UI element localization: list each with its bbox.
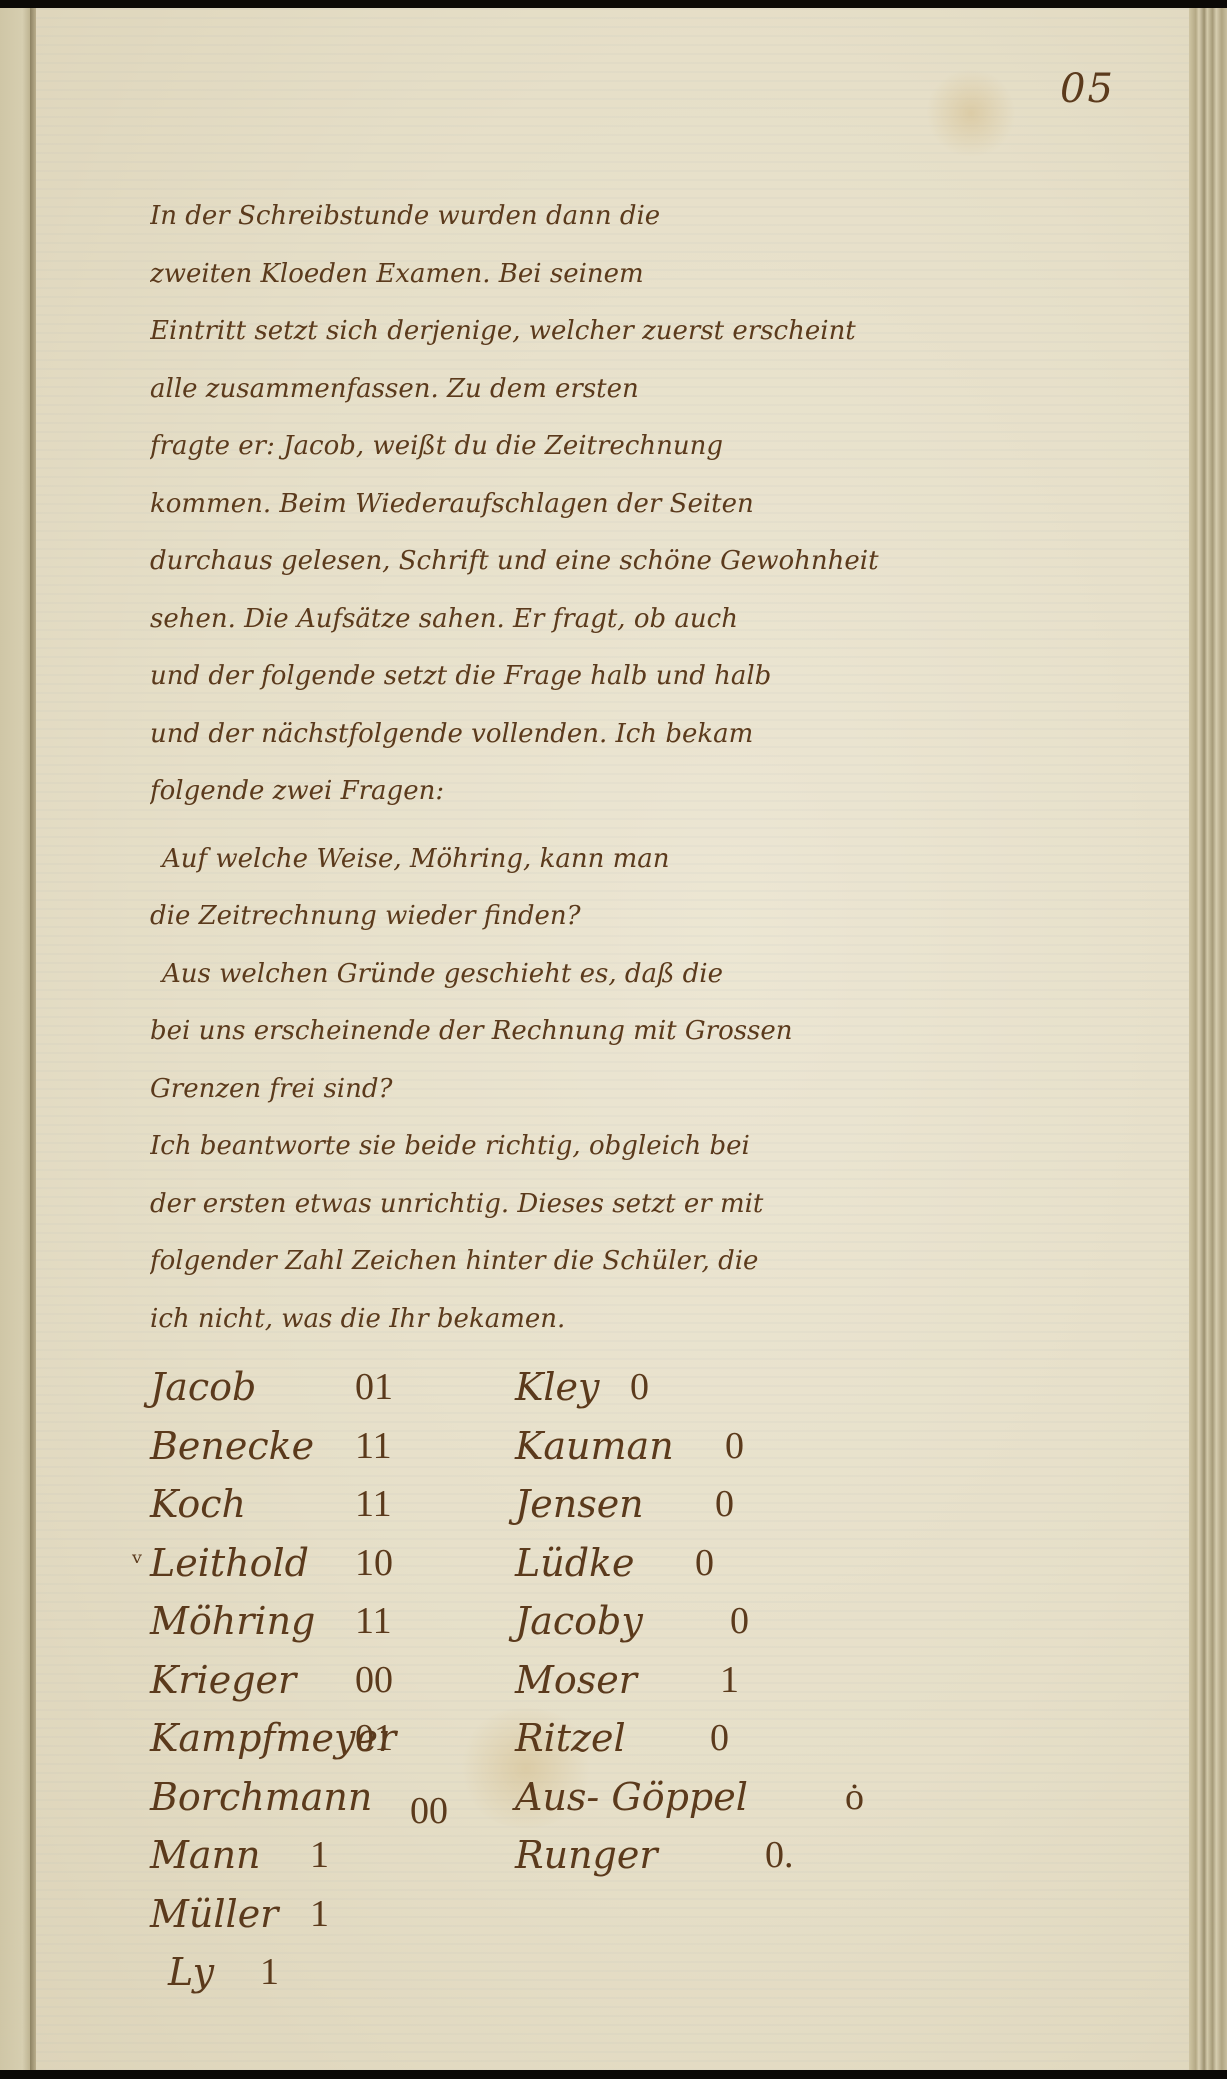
student-name: Koch — [150, 1475, 246, 1534]
prose-line: alle zusammenfassen. Zu dem ersten — [150, 361, 910, 419]
roster-entry: Ly1 — [150, 1943, 510, 2002]
question-line: Aus welchen Gründe geschieht es, daß die — [150, 946, 910, 1004]
student-name: Jacob — [150, 1358, 256, 1417]
page-edges — [1189, 8, 1227, 2070]
student-mark: 0 — [630, 1358, 649, 1417]
roster-entry: ᵛLeithold10 — [150, 1534, 510, 1593]
student-name: Leithold — [150, 1534, 309, 1593]
roster-entry: Mann1 — [150, 1826, 510, 1885]
roster-entry: Benecke11 — [150, 1417, 510, 1476]
roster-right-column: Kley0 Kauman0 Jensen0 Lüdke0 Jacoby0 Mos… — [515, 1358, 895, 1885]
prose-line: der ersten etwas unrichtig. Dieses setzt… — [150, 1176, 910, 1234]
student-name: Runger — [515, 1826, 658, 1885]
student-mark: 11 — [355, 1475, 392, 1534]
student-mark: 0 — [695, 1534, 714, 1593]
student-name: Müller — [150, 1885, 278, 1944]
student-name: Jacoby — [515, 1592, 643, 1651]
student-mark: 0 — [715, 1475, 734, 1534]
prose-line: zweiten Kloeden Examen. Bei seinem — [150, 246, 910, 304]
roster-entry: Jensen0 — [515, 1475, 895, 1534]
prose-line: Eintritt setzt sich derjenige, welcher z… — [150, 303, 910, 361]
student-mark: 11 — [355, 1592, 392, 1651]
student-mark: 01 — [355, 1709, 393, 1768]
roster-entry: Ritzel0 — [515, 1709, 895, 1768]
prose-line: und der nächstfolgende vollenden. Ich be… — [150, 706, 910, 764]
student-name: Benecke — [150, 1417, 314, 1476]
roster-entry: Kauman0 — [515, 1417, 895, 1476]
prose-line: folgender Zahl Zeichen hinter die Schüle… — [150, 1233, 910, 1291]
student-mark: 0 — [710, 1709, 729, 1768]
student-name: Krieger — [150, 1651, 296, 1710]
roster-entry: Kampfmeyer01 — [150, 1709, 510, 1768]
student-name: Kauman — [515, 1417, 674, 1476]
student-mark: 0 — [730, 1592, 749, 1651]
student-name: Ly — [150, 1943, 214, 2002]
student-name: Moser — [515, 1651, 637, 1710]
roster-entry: Müller1 — [150, 1885, 510, 1944]
prose-line: In der Schreibstunde wurden dann die — [150, 188, 910, 246]
student-mark: 1 — [720, 1651, 739, 1710]
student-mark: ȯ — [845, 1768, 864, 1827]
student-mark: 1 — [260, 1943, 279, 2002]
prose-line: sehen. Die Aufsätze sahen. Er fragt, ob … — [150, 591, 910, 649]
roster-entry: Aus- Göppelȯ — [515, 1768, 895, 1827]
prose-line: Ich beantworte sie beide richtig, obglei… — [150, 1118, 910, 1176]
prose-line: durchaus gelesen, Schrift und eine schön… — [150, 533, 910, 591]
prose-line: kommen. Beim Wiederaufschlagen der Seite… — [150, 476, 910, 534]
student-name: Aus- Göppel — [515, 1768, 748, 1827]
roster-entry: Runger0. — [515, 1826, 895, 1885]
roster-entry: Koch11 — [150, 1475, 510, 1534]
student-mark: 1 — [310, 1885, 329, 1944]
student-mark: 11 — [355, 1417, 392, 1476]
page-number: 05 — [1060, 66, 1115, 112]
prose-body: In der Schreibstunde wurden dann die zwe… — [150, 188, 910, 1348]
paper-stain — [926, 68, 1016, 158]
student-mark: 0. — [765, 1826, 794, 1885]
roster-left-column: Jacob01 Benecke11 Koch11 ᵛLeithold10 Möh… — [150, 1358, 510, 2002]
check-tick-icon: ᵛ — [132, 1534, 142, 1593]
roster-entry: Krieger00 — [150, 1651, 510, 1710]
student-mark: 00 — [355, 1651, 393, 1710]
roster-entry: Jacob01 — [150, 1358, 510, 1417]
question-line: Auf welche Weise, Möhring, kann man — [150, 831, 910, 889]
roster-entry: Borchmann00 — [150, 1768, 510, 1827]
facing-page-edge — [0, 8, 32, 2070]
student-name: Möhring — [150, 1592, 315, 1651]
student-name: Jensen — [515, 1475, 644, 1534]
prose-line: und der folgende setzt die Frage halb un… — [150, 648, 910, 706]
roster-entry: Moser1 — [515, 1651, 895, 1710]
prose-line: ich nicht, was die Ihr bekamen. — [150, 1291, 910, 1349]
student-name: Borchmann — [150, 1768, 372, 1827]
student-mark: 01 — [355, 1358, 393, 1417]
student-mark: 10 — [355, 1534, 393, 1593]
roster-entry: Kley0 — [515, 1358, 895, 1417]
student-mark: 0 — [725, 1417, 744, 1476]
scanned-page: 05 In der Schreibstunde wurden dann die … — [0, 8, 1227, 2070]
prose-line: fragte er: Jacob, weißt du die Zeitrechn… — [150, 418, 910, 476]
question-line: bei uns erscheinende der Rechnung mit Gr… — [150, 1003, 910, 1061]
question-line: Grenzen frei sind? — [150, 1061, 910, 1119]
roster-entry: Jacoby0 — [515, 1592, 895, 1651]
roster-entry: Möhring11 — [150, 1592, 510, 1651]
question-line: die Zeitrechnung wieder finden? — [150, 888, 910, 946]
student-name: Lüdke — [515, 1534, 635, 1593]
student-name: Ritzel — [515, 1709, 626, 1768]
student-name: Mann — [150, 1826, 261, 1885]
roster-entry: Lüdke0 — [515, 1534, 895, 1593]
student-mark: 1 — [310, 1826, 329, 1885]
student-name: Kley — [515, 1358, 600, 1417]
prose-line: folgende zwei Fragen: — [150, 763, 910, 821]
